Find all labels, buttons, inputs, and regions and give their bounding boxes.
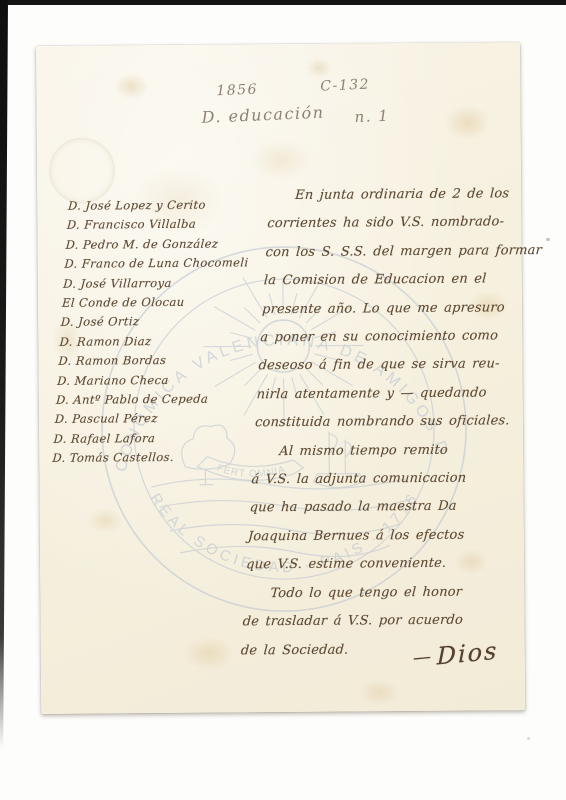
annotation-year: 1856 xyxy=(216,82,258,100)
annotation-code: C-132 xyxy=(320,77,370,95)
scan-dust-speck xyxy=(546,238,550,241)
margin-name: D. Pedro M. de González xyxy=(65,234,256,255)
letter-body-line: de trasladar á V.S. por acuerdo xyxy=(242,606,514,637)
letter-body-line: Todo lo que tengo el honor xyxy=(244,578,516,609)
margin-name: D. Franco de Luna Chocomeli xyxy=(64,254,255,275)
foxing-spot xyxy=(444,104,490,140)
embossed-stamp-circle xyxy=(49,137,116,204)
scanned-letter-page: ECONOMICA VALENCIANA DE AMIGOS DEL REAL … xyxy=(0,0,566,800)
letter-body-line: que ha pasado la maestra Da xyxy=(249,493,521,524)
margin-name: El Conde de Olocau xyxy=(61,292,252,313)
foxing-spot xyxy=(306,58,332,78)
scan-dust-speck xyxy=(527,737,530,740)
letter-body-line: nirla atentamente y — quedando xyxy=(256,379,528,410)
letter-body-line: que V.S. estime conveniente. xyxy=(245,550,517,581)
foxing-spot xyxy=(114,73,148,99)
letter-body-line: la Comision de Educacion en el xyxy=(263,265,535,296)
letter-body-line: constituida nombrando sus oficiales. xyxy=(254,407,526,438)
margin-name: D. Ramon Bordas xyxy=(58,351,249,372)
margin-name: D. Tomás Castellos. xyxy=(52,448,243,469)
scan-edge-top xyxy=(0,0,566,5)
margin-name: D. Rafael Lafora xyxy=(53,428,244,449)
letter-body: En junta ordinaria de 2 de loscorrientes… xyxy=(240,180,540,665)
letter-body-line: deseoso á fin de que se sirva reu- xyxy=(258,351,530,382)
margin-name: D. Antº Pablo de Cepeda xyxy=(55,389,246,410)
letter-body-line: con los S. S.S. del margen para formar xyxy=(265,237,537,268)
letter-paper: ECONOMICA VALENCIANA DE AMIGOS DEL REAL … xyxy=(36,42,525,714)
letter-body-line: á V.S. la adjunta comunicacion xyxy=(251,464,523,495)
annotation-number: n. 1 xyxy=(354,107,389,126)
margin-name: D. José Lopez y Cerito xyxy=(67,195,258,216)
margin-name: D. Francisco Villalba xyxy=(66,215,257,236)
letter-body-line: En junta ordinaria de 2 de los xyxy=(268,180,540,211)
letter-body-line: Al mismo tiempo remito xyxy=(252,436,524,467)
margin-name: D. Mariano Checa xyxy=(57,370,248,391)
letter-body-line: presente año. Lo que me apresuro xyxy=(261,294,533,325)
foxing-spot xyxy=(359,679,399,705)
letter-body-line: Joaquina Bernues á los efectos xyxy=(247,521,519,552)
foxing-spot xyxy=(183,636,235,670)
margin-name: D. Pascual Pérez xyxy=(54,409,245,430)
margin-name-list: D. José Lopez y CeritoD. Francisco Villa… xyxy=(52,195,259,468)
annotation-series: D. educación xyxy=(201,103,325,127)
margin-name: D. José Villarroya xyxy=(63,273,254,294)
scan-edge-left xyxy=(0,0,8,748)
margin-name: D. José Ortiz xyxy=(60,312,251,333)
foxing-spot xyxy=(251,140,311,180)
letter-body-line: a poner en su conocimiento como xyxy=(259,322,531,353)
letter-body-line: corrientes ha sido V.S. nombrado- xyxy=(266,208,538,239)
margin-name: D. Ramon Diaz xyxy=(59,331,250,352)
